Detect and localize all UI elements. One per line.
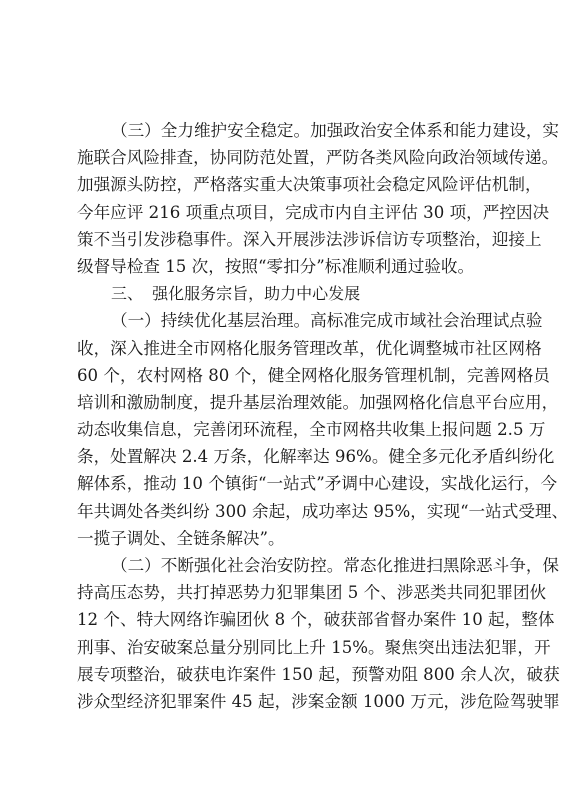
- text-line: 一揽子调处、全链条解决”。: [77, 525, 501, 552]
- text-line: 收，深入推进全市网格化服务管理改革，优化调整城市社区网格: [77, 335, 501, 362]
- text-line: 加强源头防控，严格落实重大决策事项社会稳定风险评估机制，: [77, 171, 501, 198]
- text-line: 展专项整治，破获电诈案件 150 起，预警劝阻 800 余人次，破获: [77, 661, 501, 688]
- paragraph-grassroots-governance: （一）持续优化基层治理。高标准完成市域社会治理试点验 收，深入推进全市网格化服务…: [77, 307, 501, 552]
- text-line: 12 个、特大网络诈骗团伙 8 个，破获部省督办案件 10 起，整体: [77, 606, 501, 633]
- document-page: （三）全力维护安全稳定。加强政治安全体系和能力建设，实 施联合风险排查，协同防范…: [77, 117, 501, 715]
- text-line: 级督导检查 15 次，按照“零扣分”标准顺利通过验收。: [77, 253, 501, 280]
- text-line: 条，处置解决 2.4 万条，化解率达 96%。健全多元化矛盾纠纷化: [77, 443, 501, 470]
- section-heading-text: 三、 强化服务宗旨，助力中心发展: [77, 280, 501, 307]
- text-line: 年共调处各类纠纷 300 余起，成功率达 95%，实现“一站式受理、: [77, 498, 501, 525]
- text-line: 涉众型经济犯罪案件 45 起，涉案金额 1000 万元，涉危险驾驶罪: [77, 688, 501, 715]
- text-line: 60 个，农村网格 80 个，健全网格化服务管理机制，完善网格员: [77, 362, 501, 389]
- text-line: 施联合风险排查，协同防范处置，严防各类风险向政治领域传递。: [77, 144, 501, 171]
- section-heading: 三、 强化服务宗旨，助力中心发展: [77, 280, 501, 307]
- text-line: 今年应评 216 项重点项目，完成市内自主评估 30 项，严控因决: [77, 199, 501, 226]
- text-line: 培训和激励制度，提升基层治理效能。加强网格化信息平台应用，: [77, 389, 501, 416]
- paragraph-safety-stability: （三）全力维护安全稳定。加强政治安全体系和能力建设，实 施联合风险排查，协同防范…: [77, 117, 501, 280]
- text-line: （一）持续优化基层治理。高标准完成市域社会治理试点验: [77, 307, 501, 334]
- text-line: 持高压态势，共打掉恶势力犯罪集团 5 个、涉恶类共同犯罪团伙: [77, 579, 501, 606]
- text-line: （三）全力维护安全稳定。加强政治安全体系和能力建设，实: [77, 117, 501, 144]
- text-line: 刑事、治安破案总量分别同比上升 15%。聚焦突出违法犯罪，开: [77, 634, 501, 661]
- paragraph-public-security: （二）不断强化社会治安防控。常态化推进扫黑除恶斗争，保 持高压态势，共打掉恶势力…: [77, 552, 501, 715]
- text-line: （二）不断强化社会治安防控。常态化推进扫黑除恶斗争，保: [77, 552, 501, 579]
- text-line: 解体系，推动 10 个镇街“一站式”矛调中心建设，实战化运行，今: [77, 470, 501, 497]
- text-line: 策不当引发涉稳事件。深入开展涉法涉诉信访专项整治，迎接上: [77, 226, 501, 253]
- text-line: 动态收集信息，完善闭环流程，全市网格共收集上报问题 2.5 万: [77, 416, 501, 443]
